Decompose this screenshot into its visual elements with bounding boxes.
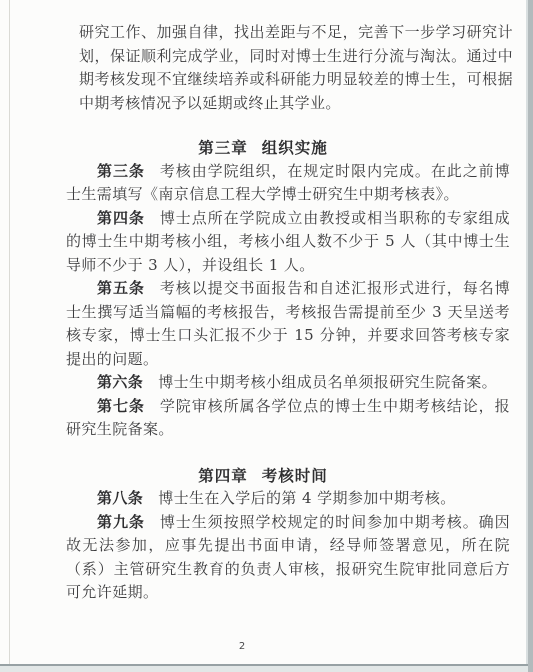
article-3-label: 第三条	[97, 162, 145, 180]
intro-paragraph-continuation: 研究工作、加强自律，找出差距与不足，完善下一步学习研究计划，保证顺利完成学业，同…	[79, 21, 513, 115]
article-6-paragraph: 第六条博士生中期考核小组成员名单须报研究生院备案。	[66, 371, 510, 395]
article-4-paragraph: 第四条博士点所在学院成立由教授或相当职称的专家组成的博士生中期考核小组，考核小组…	[66, 207, 510, 278]
chapter-4-name: 考核时间	[262, 466, 328, 485]
article-7-paragraph: 第七条学院审核所属各学位点的博士生中期考核结论，报研究生院备案。	[66, 395, 510, 442]
chapter-3-name: 组织实施	[262, 138, 328, 157]
scan-bottom-margin	[0, 666, 528, 672]
page-left-edge-line	[9, 0, 10, 664]
article-6-label: 第六条	[97, 373, 143, 391]
article-5-paragraph: 第五条考核以提交书面报告和自述汇报形式进行，每名博士生撰写适当篇幅的考核报告，考…	[66, 277, 510, 371]
article-8-paragraph: 第八条博士生在入学后的第 4 学期参加中期考核。	[66, 487, 510, 511]
chapter-4-heading: 第四章考核时间	[66, 464, 510, 488]
article-8-text: 博士生在入学后的第 4 学期参加中期考核。	[158, 489, 455, 507]
chapter-3-number: 第三章	[198, 138, 248, 157]
chapter-4-number: 第四章	[198, 466, 248, 485]
article-6-text: 博士生中期考核小组成员名单须报研究生院备案。	[158, 373, 497, 391]
chapter-3-heading: 第三章组织实施	[66, 136, 510, 160]
article-5-label: 第五条	[97, 279, 145, 297]
article-8-label: 第八条	[97, 489, 143, 507]
scan-right-edge	[528, 0, 533, 672]
article-9-label: 第九条	[97, 513, 145, 531]
scanned-page: 研究工作、加强自律，找出差距与不足，完善下一步学习研究计划，保证顺利完成学业，同…	[0, 0, 533, 672]
page-number: 2	[234, 641, 250, 652]
article-9-paragraph: 第九条博士生须按照学校规定的时间参加中期考核。确因故无法参加，应事先提出书面申请…	[66, 511, 510, 605]
article-3-paragraph: 第三条考核由学院组织，在规定时限内完成。在此之前博士生需填写《南京信息工程大学博…	[66, 160, 510, 207]
article-4-label: 第四条	[97, 209, 145, 227]
article-7-label: 第七条	[97, 397, 145, 415]
document-content: 研究工作、加强自律，找出差距与不足，完善下一步学习研究计划，保证顺利完成学业，同…	[66, 21, 510, 605]
